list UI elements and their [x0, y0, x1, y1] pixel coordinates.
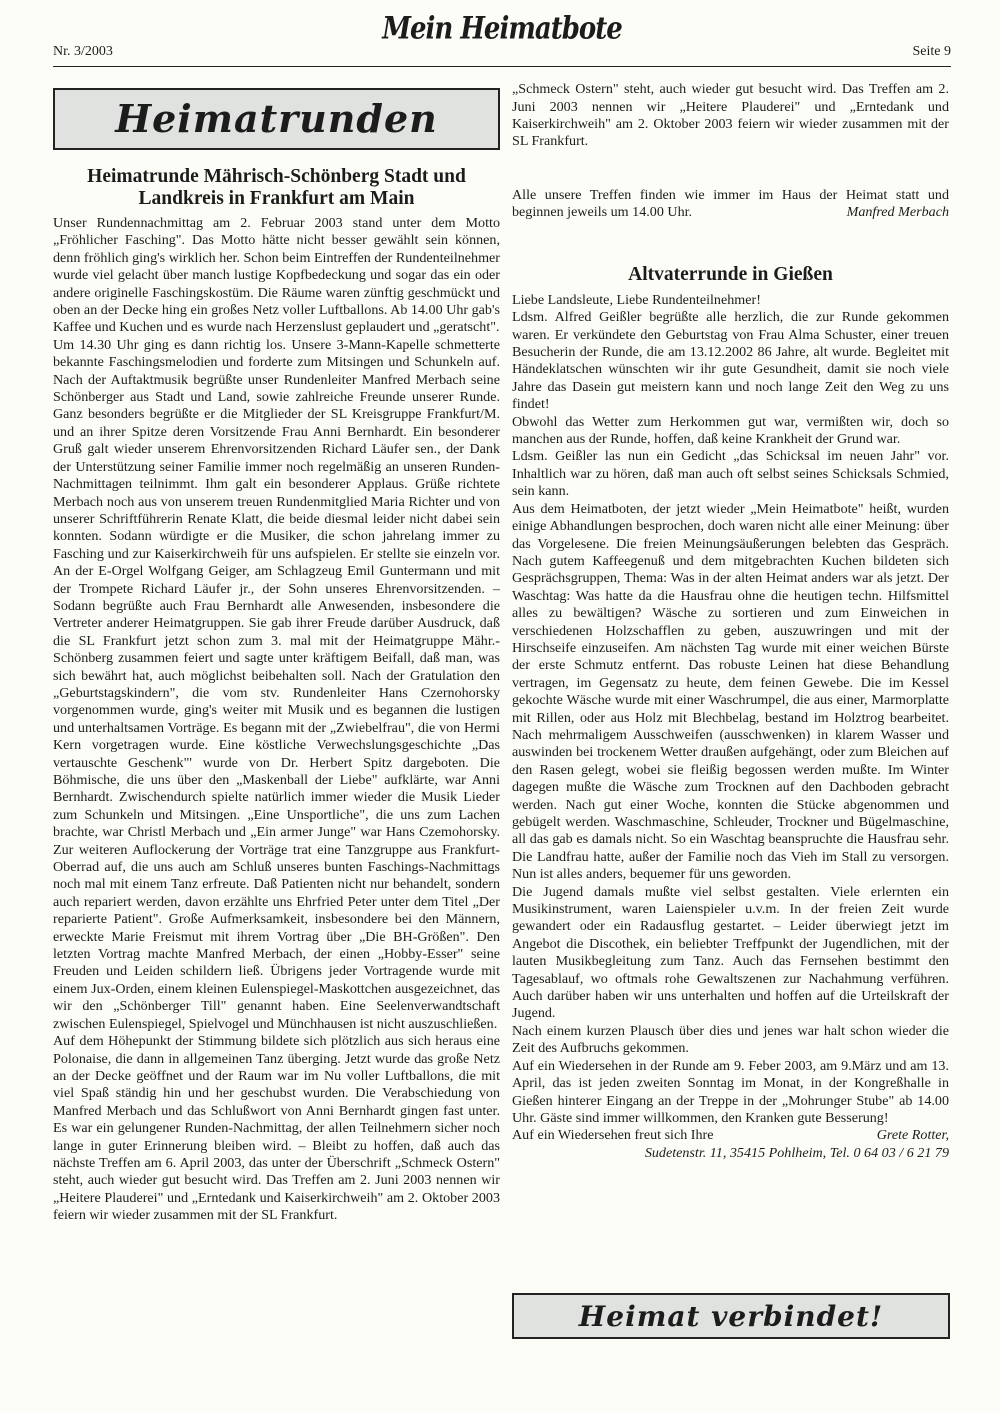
section-banner: Heimatrunden	[53, 88, 500, 150]
article-title: Altvaterrunde in Gießen	[512, 264, 949, 286]
article-paragraph: Auf dem Höhepunkt der Stimmung bildete s…	[53, 1033, 500, 1346]
author-name: Grete Rotter,	[877, 1127, 949, 1144]
closing-line: Auf ein Wiedersehen freut sich Ihre	[512, 1127, 714, 1144]
page-header: Nr. 3/2003 Mein Heimatbote Seite 9	[53, 0, 951, 67]
article-paragraph: Ldsm. Alfred Geißler begrüßte alle herzl…	[512, 309, 949, 413]
article-paragraph: Unser Rundennachmittag am 2. Februar 200…	[53, 215, 500, 337]
article-paragraph-continued: Auf dem Höhepunkt der Stimmung bildete s…	[512, 82, 949, 151]
article-paragraph: Auf ein Wiedersehen in der Runde am 9. F…	[512, 1058, 949, 1128]
article-paragraph: Obwohl das Wetter zum Herkommen gut war,…	[512, 414, 949, 449]
right-column: Auf dem Höhepunkt der Stimmung bildete s…	[512, 82, 949, 1162]
article-paragraph: Aus dem Heimatboten, der jetzt wieder „M…	[512, 501, 949, 884]
footer-banner: Heimat verbindet!	[512, 1293, 950, 1339]
article-signature: Auf ein Wiedersehen freut sich Ihre Gret…	[512, 1127, 949, 1144]
author-address: Sudetenstr. 11, 35415 Pohlheim, Tel. 0 6…	[512, 1145, 949, 1162]
article-paragraph: Liebe Landsleute, Liebe Rundenteilnehmer…	[512, 292, 949, 309]
left-column: Heimatrunden Heimatrunde Mährisch-Schönb…	[53, 88, 500, 1346]
article-paragraph: Ldsm. Geißler las nun ein Gedicht „das S…	[512, 448, 949, 500]
article-title: Heimatrunde Mährisch-Schönberg Stadt und…	[53, 166, 500, 210]
article-continuation: Auf dem Höhepunkt der Stimmung bildete s…	[512, 82, 949, 187]
section-banner-title: Heimatrunden	[115, 110, 438, 127]
article-paragraph: Nach einem kurzen Plausch über dies und …	[512, 1023, 949, 1058]
masthead-logo: Mein Heimatbote	[53, 11, 951, 47]
footer-banner-title: Heimat verbindet!	[579, 1300, 883, 1333]
page-number: Seite 9	[913, 44, 952, 60]
author-name: Manfred Merbach	[847, 204, 949, 221]
article-paragraph: Um 14.30 Uhr ging es dann richtig los. U…	[53, 337, 500, 1033]
article-paragraph: Die Jugend damals mußte viel selbst gest…	[512, 884, 949, 1023]
